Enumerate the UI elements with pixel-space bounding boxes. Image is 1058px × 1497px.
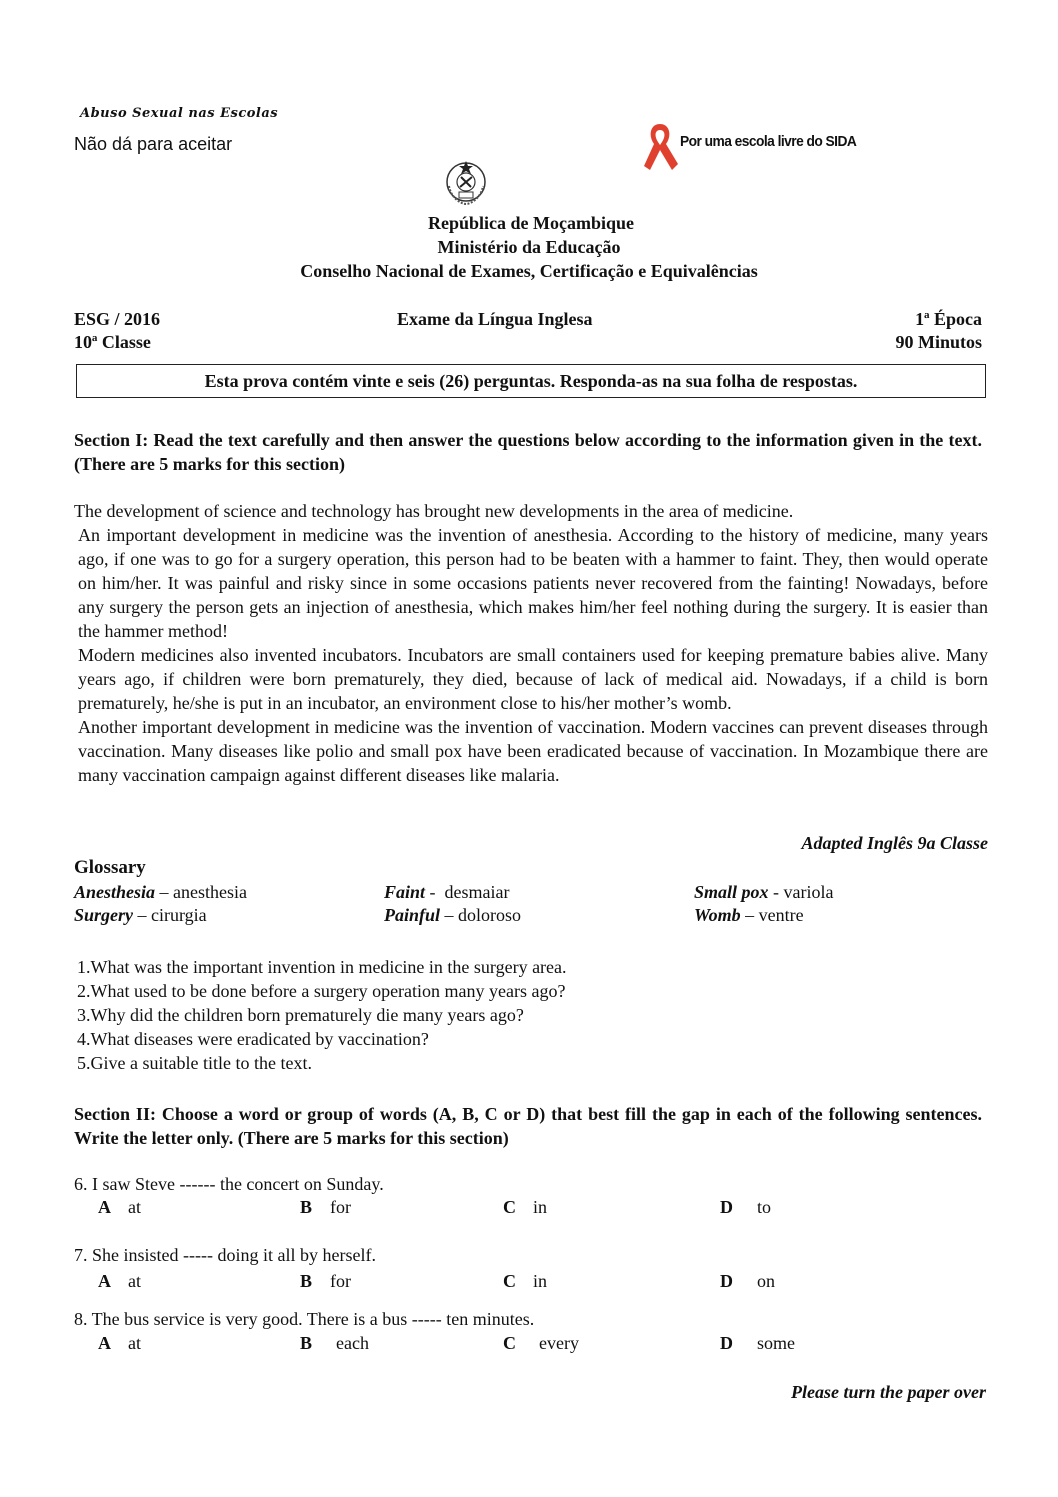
- passage-paragraph: Another important development in medicin…: [74, 715, 988, 787]
- glossary-meaning: desmaiar: [445, 882, 510, 902]
- mcq-option-c: Cin: [503, 1197, 547, 1218]
- mcq-option-a: Aat: [98, 1197, 141, 1218]
- glossary-separator: -: [425, 882, 445, 902]
- mcq-option-c: Cevery: [503, 1333, 579, 1354]
- exam-duration: 90 Minutos: [895, 332, 982, 353]
- glossary-meaning: anesthesia: [173, 882, 247, 902]
- passage-paragraph: The development of science and technolog…: [74, 499, 988, 523]
- mcq-option-b: Bfor: [300, 1271, 351, 1292]
- turn-over-note: Please turn the paper over: [791, 1382, 986, 1403]
- section-2-instructions: Section II: Choose a word or group of wo…: [74, 1102, 982, 1150]
- glossary-separator: –: [155, 882, 173, 902]
- passage-paragraph: An important development in medicine was…: [74, 523, 988, 643]
- question-item: 4.What diseases were eradicated by vacci…: [77, 1027, 567, 1051]
- mcq-option-d: Dsome: [720, 1333, 795, 1354]
- campaign-text: Por uma escola livre do SIDA: [680, 133, 856, 150]
- glossary-separator: -: [769, 882, 784, 902]
- mcq-options: Aat Bfor Cin Don: [0, 1271, 1058, 1295]
- exam-season: 1ª Época: [915, 309, 982, 330]
- question-item: 1.What was the important invention in me…: [77, 955, 567, 979]
- mcq-option-d: Dto: [720, 1197, 771, 1218]
- comprehension-questions: 1.What was the important invention in me…: [77, 955, 567, 1075]
- glossary-meaning: cirurgia: [151, 905, 207, 925]
- glossary-entry: Womb – ventre: [694, 905, 804, 926]
- glossary-entry: Anesthesia – anesthesia: [74, 882, 247, 903]
- glossary-entry: Faint - desmaiar: [384, 882, 510, 903]
- slogan-text: Não dá para aceitar: [74, 134, 232, 155]
- glossary-separator: –: [440, 905, 458, 925]
- mcq-option-a: Aat: [98, 1333, 141, 1354]
- question-item: 5.Give a suitable title to the text.: [77, 1051, 567, 1075]
- mcq-option-b: Beach: [300, 1333, 369, 1354]
- mcq-question: 7. She insisted ----- doing it all by he…: [74, 1245, 376, 1266]
- glossary-term: Faint: [384, 882, 425, 902]
- campaign-banner: Por uma escola livre do SIDA: [640, 118, 872, 174]
- question-item: 2.What used to be done before a surgery …: [77, 979, 567, 1003]
- exam-level: ESG / 2016: [74, 309, 160, 330]
- glossary-entry: Surgery – cirurgia: [74, 905, 207, 926]
- glossary-meaning: doloroso: [458, 905, 521, 925]
- glossary-entry: Small pox - variola: [694, 882, 834, 903]
- glossary-term: Small pox: [694, 882, 769, 902]
- glossary-meaning: variola: [784, 882, 834, 902]
- institution-line-2: Ministério da Educação: [0, 237, 1058, 258]
- section-1-instructions: Section I: Read the text carefully and t…: [74, 428, 982, 476]
- exam-title: Exame da Língua Inglesa: [397, 309, 593, 330]
- institution-line-1: República de Moçambique: [0, 213, 1058, 234]
- glossary-term: Anesthesia: [74, 882, 155, 902]
- motto-text: Abuso Sexual nas Escolas: [80, 106, 278, 121]
- question-item: 3.Why did the children born prematurely …: [77, 1003, 567, 1027]
- mcq-option-b: Bfor: [300, 1197, 351, 1218]
- reading-passage: The development of science and technolog…: [74, 499, 988, 787]
- mozambique-coat-of-arms-icon: [443, 156, 489, 212]
- glossary-term: Painful: [384, 905, 440, 925]
- mcq-option-c: Cin: [503, 1271, 547, 1292]
- mcq-option-d: Don: [720, 1271, 775, 1292]
- institution-line-3: Conselho Nacional de Exames, Certificaçã…: [0, 261, 1058, 282]
- exam-grade: 10ª Classe: [74, 332, 151, 353]
- glossary-term: Surgery: [74, 905, 133, 925]
- glossary-title: Glossary: [74, 857, 146, 879]
- glossary-entry: Painful – doloroso: [384, 905, 521, 926]
- exam-notice-box: Esta prova contém vinte e seis (26) perg…: [76, 364, 986, 398]
- mcq-question: 8. The bus service is very good. There i…: [74, 1309, 534, 1330]
- mcq-options: Aat Beach Cevery Dsome: [0, 1333, 1058, 1357]
- passage-source: Adapted Inglês 9a Classe: [801, 833, 988, 854]
- mcq-options: Aat Bfor Cin Dto: [0, 1197, 1058, 1221]
- glossary-separator: –: [741, 905, 759, 925]
- mcq-question: 6. I saw Steve ------ the concert on Sun…: [74, 1174, 384, 1195]
- passage-paragraph: Modern medicines also invented incubator…: [74, 643, 988, 715]
- glossary-meaning: ventre: [759, 905, 804, 925]
- mcq-option-a: Aat: [98, 1271, 141, 1292]
- glossary-separator: –: [133, 905, 151, 925]
- glossary-term: Womb: [694, 905, 741, 925]
- red-ribbon-icon: [640, 118, 684, 174]
